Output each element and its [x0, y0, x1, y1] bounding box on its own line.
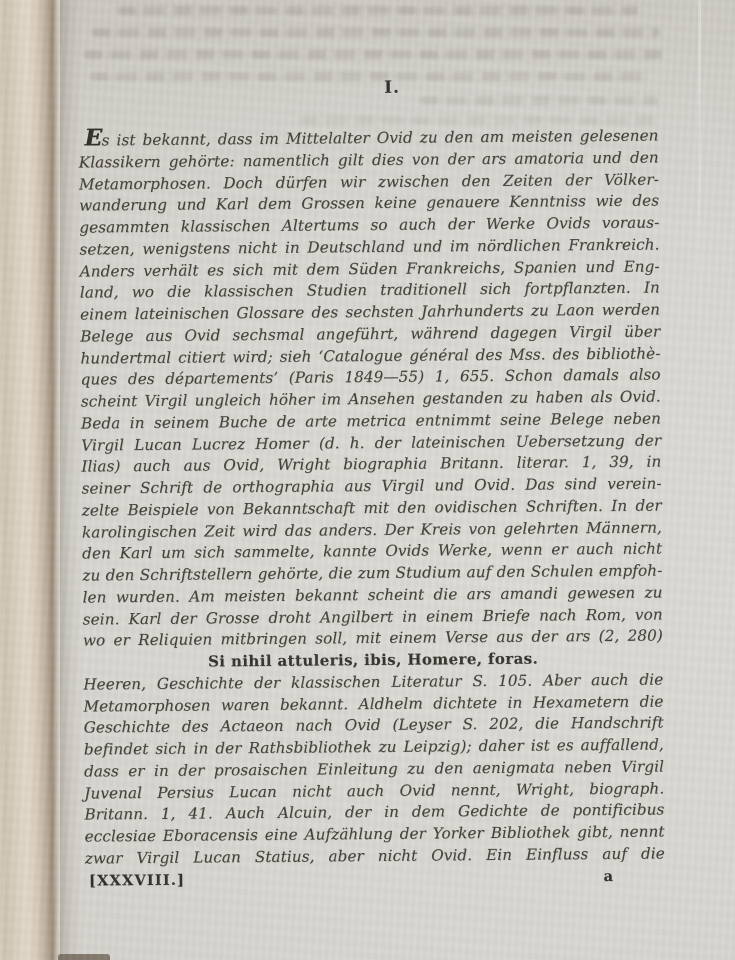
initial-capital: E	[84, 124, 101, 151]
section-heading: I.	[102, 75, 682, 103]
catchword-letter: a	[603, 865, 613, 887]
bleedthrough-line	[84, 50, 662, 59]
bleedthrough-line	[92, 28, 660, 37]
text-line: s ist bekannt, dass im Mittelalter Ovid …	[101, 126, 658, 149]
book-photo: I. Es ist bekannt, dass im Mittelalter O…	[0, 0, 735, 960]
signature-mark: [XXXVIII.]	[85, 869, 185, 892]
paper-fold-line	[698, 0, 701, 340]
book-edge-shadow	[58, 954, 110, 960]
paragraph-two-lines: Heeren, Geschichte der klassischen Liter…	[83, 669, 665, 870]
page-gutter-edge	[0, 0, 60, 960]
signature-row: [XXXVIII.] a	[85, 865, 665, 892]
bleedthrough-line	[118, 6, 638, 15]
paragraph-one-lines: Klassikern gehörte: namentlich gilt dies…	[79, 147, 663, 652]
page-content: I. Es ist bekannt, dass im Mittelalter O…	[78, 75, 665, 891]
body-text: Es ist bekannt, dass im Mittelalter Ovid…	[78, 122, 665, 891]
